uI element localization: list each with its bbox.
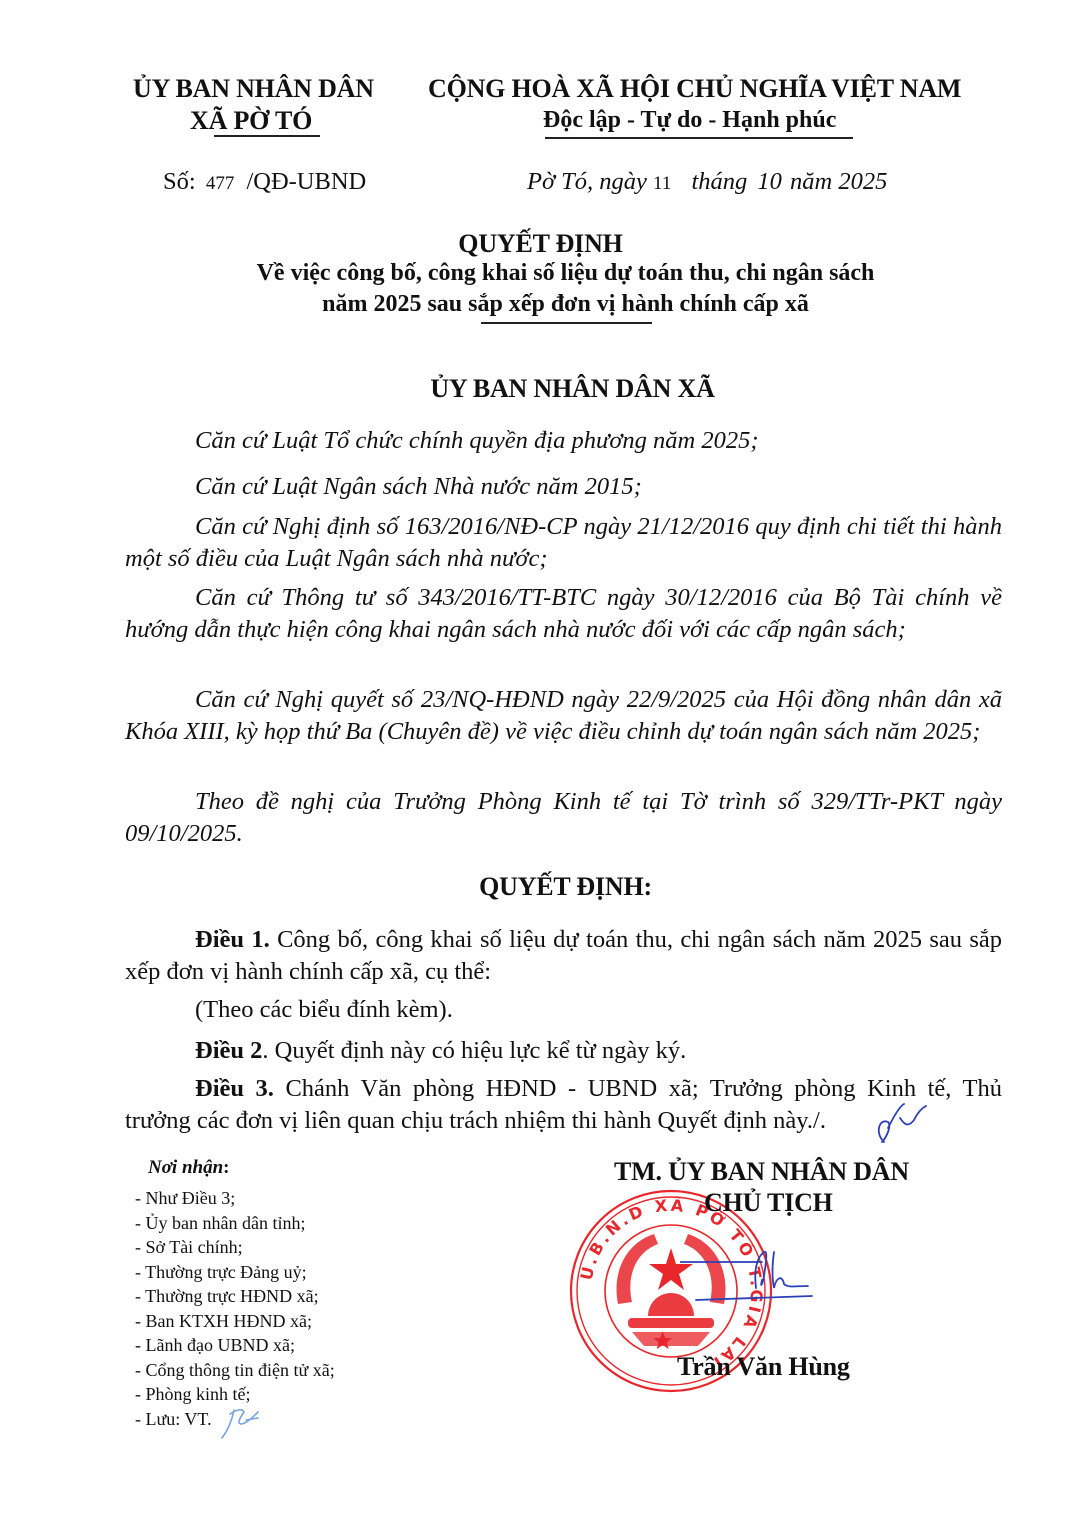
national-motto: Độc lập - Tự do - Hạnh phúc — [543, 107, 836, 134]
title-underline — [481, 322, 652, 324]
legal-basis: Theo đề nghị của Trưởng Phòng Kinh tế tạ… — [125, 786, 1002, 850]
recipient-item: - Lãnh đạo UBND xã; — [135, 1333, 335, 1358]
article-1: Điều 1. Công bố, công khai số liệu dự to… — [125, 924, 1002, 988]
legal-basis: Căn cứ Luật Tổ chức chính quyền địa phươ… — [125, 425, 1002, 457]
recipient-item: - Ủy ban nhân dân tỉnh; — [135, 1211, 335, 1236]
legal-basis: Căn cứ Nghị định số 163/2016/NĐ-CP ngày … — [125, 511, 1002, 575]
chairman-signature-icon — [680, 1248, 830, 1308]
article-2: Điều 2. Quyết định này có hiệu lực kể từ… — [125, 1035, 1002, 1067]
recipient-item: - Như Điều 3; — [135, 1186, 335, 1211]
signer-title-line1: TM. ỦY BAN NHÂN DÂN — [614, 1157, 909, 1187]
motto-underline — [545, 137, 853, 139]
recipient-item: - Thường trực HĐND xã; — [135, 1284, 335, 1309]
legal-basis: Căn cứ Luật Ngân sách Nhà nước năm 2015; — [125, 471, 1002, 503]
issuer-name: ỦY BAN NHÂN DÂN — [133, 74, 374, 104]
document-title: QUYẾT ĐỊNH — [0, 229, 1081, 259]
signer-name: Trần Văn Hùng — [677, 1352, 850, 1382]
initials-mark-icon — [870, 1098, 930, 1148]
document-subtitle-line1: Về việc công bố, công khai số liệu dự to… — [0, 260, 1081, 287]
document-subtitle-line2: năm 2025 sau sắp xếp đơn vị hành chính c… — [0, 291, 1081, 318]
document-date: Pờ Tó, ngày 11 tháng 10 năm 2025 — [527, 168, 887, 196]
decision-heading: QUYẾT ĐỊNH: — [0, 872, 1081, 902]
clerk-initials-icon — [218, 1402, 262, 1442]
recipient-item: - Sở Tài chính; — [135, 1235, 335, 1260]
issuer-underline — [214, 135, 320, 137]
issuing-authority: ỦY BAN NHÂN DÂN XÃ — [0, 374, 1081, 404]
legal-basis: Căn cứ Thông tư số 343/2016/TT-BTC ngày … — [125, 582, 1002, 646]
legal-basis: Căn cứ Nghị quyết số 23/NQ-HĐND ngày 22/… — [125, 684, 1002, 748]
document-number: Số: 477 /QĐ-UBND — [163, 168, 366, 196]
recipient-item: - Ban KTXH HĐND xã; — [135, 1309, 335, 1334]
recipient-item: - Cổng thông tin điện tử xã; — [135, 1358, 335, 1383]
article-1-attachment: (Theo các biểu đính kèm). — [125, 994, 1002, 1026]
recipient-item: - Thường trực Đảng uỷ; — [135, 1260, 335, 1285]
issuer-commune: XÃ PỜ TÓ — [190, 106, 312, 136]
national-title: CỘNG HOÀ XÃ HỘI CHỦ NGHĨA VIỆT NAM — [428, 74, 961, 104]
recipients-heading: Nơi nhận: — [148, 1157, 229, 1179]
recipients-list: - Như Điều 3; - Ủy ban nhân dân tỉnh; - … — [135, 1186, 335, 1431]
signer-title-line2: CHỦ TỊCH — [704, 1188, 833, 1218]
